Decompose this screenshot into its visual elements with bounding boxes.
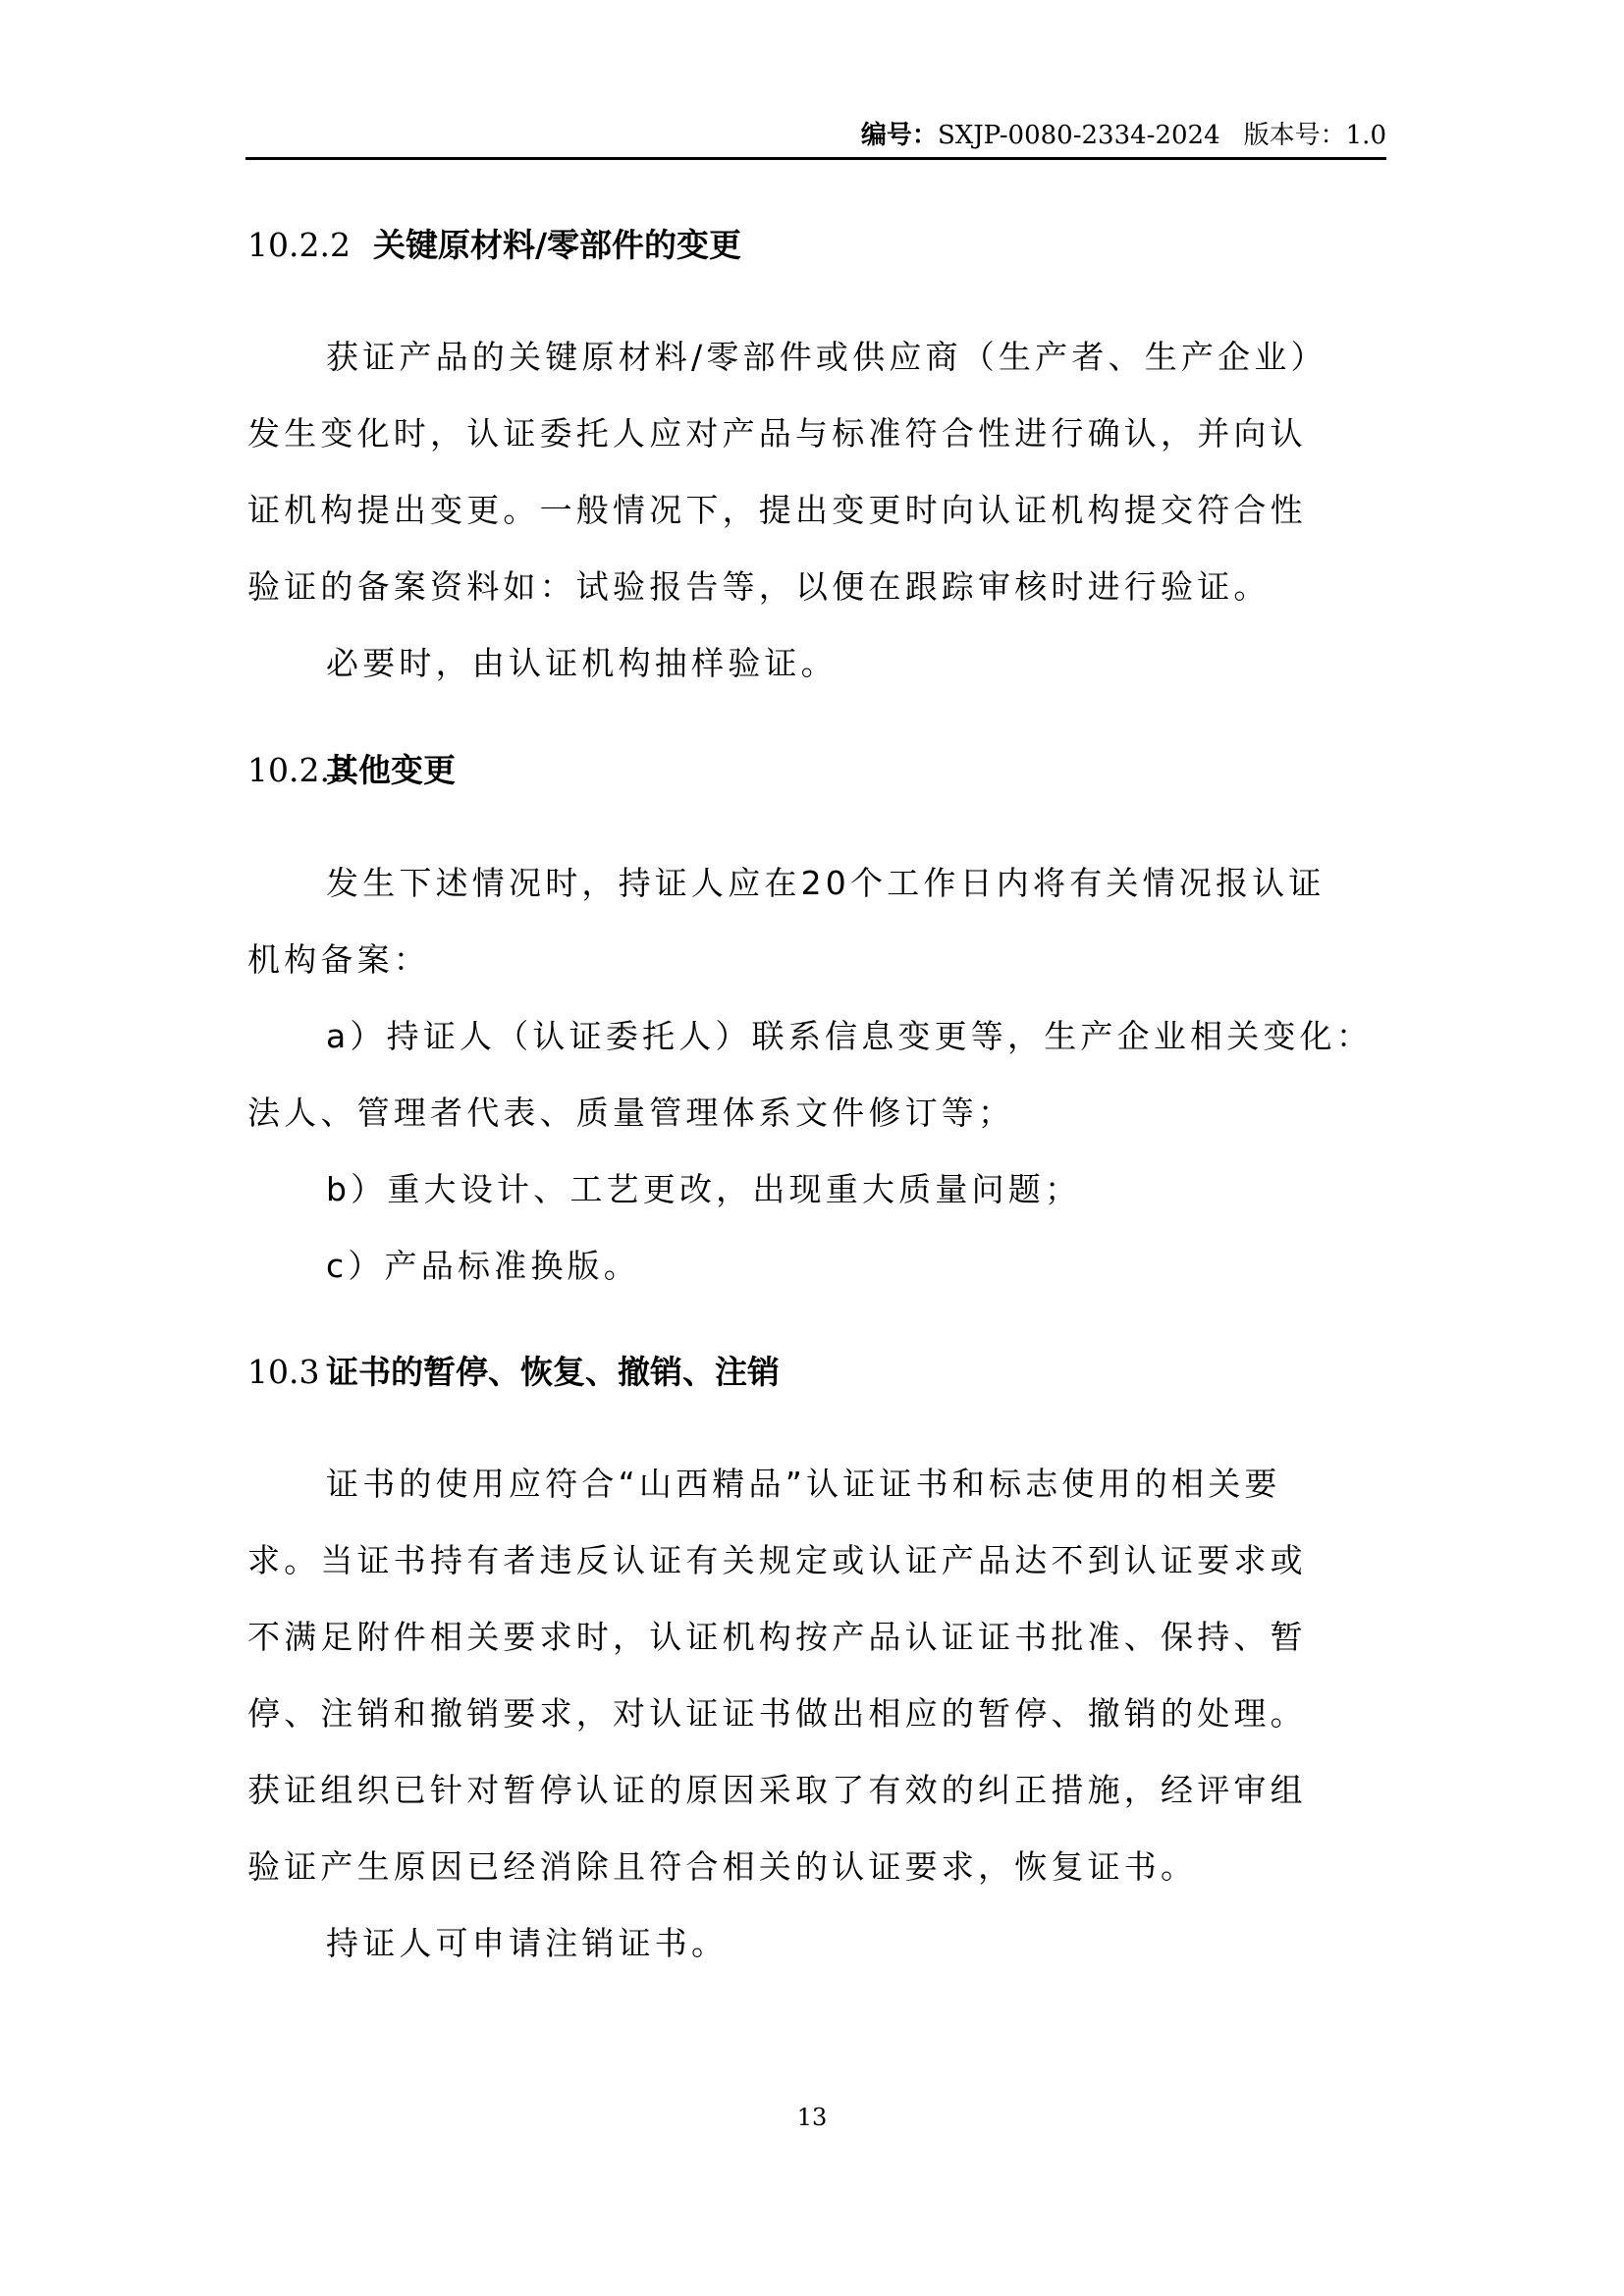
paragraph-line: 停、注销和撤销要求，对认证证书做出相应的暂停、撤销的处理。	[247, 1692, 1386, 1735]
paragraph-line: 持证人可申请注销证书。	[326, 1922, 1386, 1965]
section-title: 证书的暂停、恢复、撤销、注销	[326, 1353, 780, 1391]
document-page: 编号：SXJP-0080-2334-2024版本号：1.0 10.2.2关键原材…	[0, 0, 1624, 2296]
header-divider	[245, 157, 1386, 160]
paragraph-line: 求。当证书持有者违反认证有关规定或认证产品达不到认证要求或	[247, 1539, 1386, 1582]
section-heading-10-3: 10.3证书的暂停、恢复、撤销、注销	[247, 1351, 780, 1394]
section-title: 其他变更	[326, 751, 456, 789]
section-number: 10.3	[247, 1351, 326, 1394]
list-item-a: a）持证人（认证委托人）联系信息变更等，生产企业相关变化：	[326, 1015, 1386, 1058]
version-label: 版本号：	[1244, 121, 1346, 150]
version-value: 1.0	[1346, 121, 1386, 150]
paragraph-line: 不满足附件相关要求时，认证机构按产品认证证书批准、保持、暂	[247, 1616, 1386, 1659]
list-item-b: b）重大设计、工艺更改，出现重大质量问题；	[326, 1168, 1386, 1211]
paragraph-line: 验证的备案资料如：试验报告等，以便在跟踪审核时进行验证。	[247, 565, 1386, 609]
paragraph-line: 机构备案：	[247, 938, 1386, 982]
paragraph-line: 发生变化时，认证委托人应对产品与标准符合性进行确认，并向认	[247, 412, 1386, 455]
list-item-c: c）产品标准换版。	[326, 1245, 1386, 1288]
paragraph-line: 获证产品的关键原材料/零部件或供应商（生产者、生产企业）	[326, 336, 1386, 379]
page-header: 编号：SXJP-0080-2334-2024版本号：1.0	[245, 116, 1386, 155]
section-heading-10-2-3: 10.2.3其他变更	[247, 749, 456, 792]
paragraph-line: 法人、管理者代表、质量管理体系文件修订等；	[247, 1092, 1386, 1135]
section-title: 关键原材料/零部件的变更	[373, 226, 741, 264]
section-heading-10-2-2: 10.2.2关键原材料/零部件的变更	[247, 224, 741, 267]
paragraph-line: 验证产生原因已经消除且符合相关的认证要求，恢复证书。	[247, 1845, 1386, 1889]
paragraph-line: 证书的使用应符合“山西精品”认证证书和标志使用的相关要	[326, 1463, 1386, 1506]
section-number: 10.2.3	[247, 749, 326, 792]
paragraph-line: 证机构提出变更。一般情况下，提出变更时向认证机构提交符合性	[247, 489, 1386, 532]
paragraph-line: 发生下述情况时，持证人应在20个工作日内将有关情况报认证	[326, 862, 1386, 905]
page-number: 13	[0, 2103, 1624, 2132]
doc-number-label: 编号：	[861, 121, 938, 150]
doc-number-value: SXJP-0080-2334-2024	[938, 121, 1220, 150]
paragraph-line: 获证组织已针对暂停认证的原因采取了有效的纠正措施，经评审组	[247, 1769, 1386, 1812]
paragraph-line: 必要时，由认证机构抽样验证。	[326, 642, 1386, 685]
section-number: 10.2.2	[247, 224, 373, 267]
